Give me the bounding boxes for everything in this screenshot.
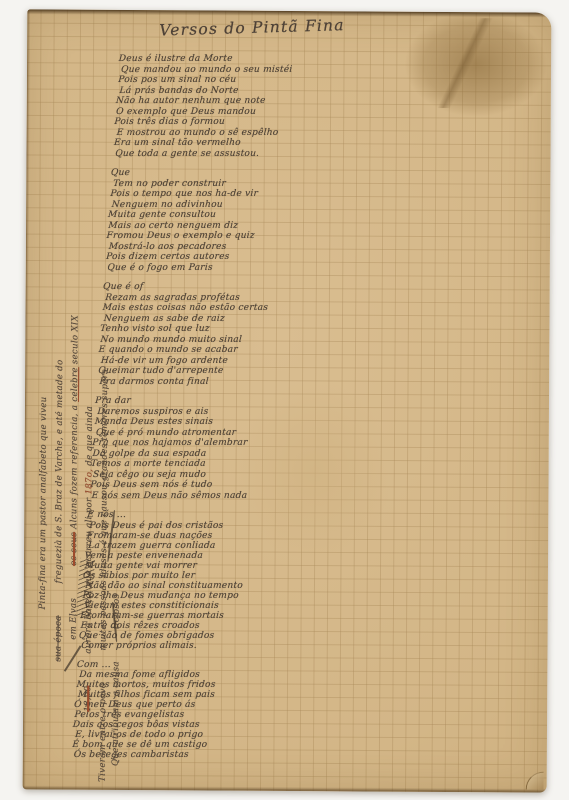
stanza-opener: Que [111, 168, 286, 179]
poem-line: Pra darmos conta final [99, 376, 271, 387]
poem-line: Poz-lhe Deus mudança no tempo [82, 590, 256, 600]
poem-line: Pois pos um sinal no céu [118, 75, 292, 86]
stanza-opener: Que é of [103, 282, 278, 293]
poem-line: É bom que se dê um castigo [72, 740, 246, 750]
poem-line: Pois Deus é pai dos cristãos [89, 520, 261, 530]
stanza-1: Deus é ilustre da Morte Que mandou ao mu… [112, 54, 294, 159]
poem-line: Pra que nos hajamos d'alembrar [92, 438, 267, 449]
margin-note-line: sua época freguezià de S. Braz de Varche… [53, 360, 65, 662]
poem-line: Que toda a gente se assustou. [115, 148, 287, 159]
poem-line: Que é pró mundo atromentar [96, 427, 268, 438]
poem-line: Pois dizem certos autores [106, 252, 280, 263]
poem-line: Manda Deus estes sinais [94, 417, 268, 428]
poem-line: Tem no poder construir [113, 178, 285, 189]
stanza-4: Pra dar Daremos suspiros e ais Manda Deu… [88, 396, 270, 501]
page-corner-fold [526, 771, 544, 789]
poem-line: O exemplo que Deus mandou [116, 106, 290, 117]
poem-line: Não ha autor nenhum que note [115, 96, 290, 107]
poem-line: La trazem guerra conliada [88, 540, 260, 550]
poem-line: Temos a morte tenciada [90, 459, 265, 470]
poem-line: Pelos três evangelistas [74, 710, 248, 720]
poem-line: Que mandou ao mundo o seu mistéi [121, 64, 293, 75]
poem-line: Pois Deus sem nós é tudo [90, 480, 264, 491]
poem-line: Fromaram-se guerras mortais [80, 610, 255, 620]
poem-line: Deus é ilustre da Morte [118, 54, 293, 65]
poem-title: Versos do Pintã Fina [159, 16, 345, 39]
poem-line: Que é o fogo em Paris [107, 262, 279, 273]
poem-line: Muitos mortos, muitos fridos [76, 680, 250, 690]
poem-line: Ós bereges cambaristas [73, 750, 245, 760]
manuscript-paper: Versos do Pintã Fina Deus é ilustre da M… [23, 9, 552, 792]
poem-line: E mostrou ao mundo o sê espêlho [116, 127, 288, 138]
poem-line: Fromaram-se duas nações [87, 530, 261, 540]
poem-line: Vieram estes constiticionais [84, 600, 256, 610]
poem-line: E quando o mundo se acabar [98, 345, 273, 356]
poem-line: Pois o tempo que nos ha-de vir [110, 189, 284, 200]
stanza-6: Com ... Da mesma fome afligidos Muitos m… [70, 659, 251, 760]
margin-note-text: em Elvas [69, 598, 79, 640]
poem-line: Vem a peste envenenada [84, 550, 259, 560]
poem-line: Nenguem as sabe de raiz [103, 313, 275, 324]
stanza-opener: Pra dar [95, 396, 270, 407]
poem-line: Mostrá-lo aos pecadores [108, 241, 280, 252]
stanza-3: Que é of Rezam as sagradas profétas Mais… [96, 282, 278, 387]
margin-note-struck-text: os seus [69, 532, 79, 566]
poem-line: Nenguem no adivinhou [111, 199, 283, 210]
poem-line: Da mesma fome afligidos [79, 670, 251, 680]
poem-line: Comer próprios alimais. [81, 640, 253, 650]
paper-edge [23, 9, 31, 789]
paper-crease [391, 18, 542, 109]
poem-line: No mundo mundo muito sinal [100, 334, 274, 345]
paper-edge [23, 785, 547, 792]
margin-note-text: seculo XIX [70, 315, 80, 364]
poem-line: Daremos suspiros e ais [97, 406, 269, 417]
stanza-opener: Com ... [77, 659, 252, 670]
poem-line: Não dão ao sinal constituamento [85, 580, 257, 590]
poem-line: Dais aos cegos bôas vistas [72, 720, 247, 730]
poem-line: Pois três dias o formou [114, 117, 289, 128]
poem-line: Fromou Deus o exemplo e quiz [106, 231, 281, 242]
margin-note-struck-text: sua época [53, 615, 63, 661]
margin-note-underlined-text: celebre [70, 367, 80, 402]
scanned-manuscript-page: Versos do Pintã Fina Deus é ilustre da M… [0, 0, 569, 800]
stanza-2: Que Tem no poder construir Pois o tempo … [104, 168, 286, 273]
paper-edge [27, 9, 551, 17]
poem-line: Tenho visto sol que luz [100, 324, 275, 335]
stanza-5: E nós ... Pois Deus é pai dos cristãos F… [78, 510, 262, 651]
margin-note-line: Pinta-fina era um pastor analfabeto que … [38, 396, 49, 609]
poem-line: Seja cêgo ou seja mudo [93, 469, 265, 480]
poem-line: E nós sem Deus não sêmos nada [91, 490, 263, 501]
stanza-opener: E nós ... [87, 510, 262, 521]
poem-line: Muita gente consultou [108, 210, 283, 221]
poem-body: Deus é ilustre da Morte Que mandou ao mu… [70, 54, 294, 769]
poem-line: Mais estas coisas não estão certas [102, 303, 276, 314]
poem-line: Muita gente vai morrer [84, 560, 258, 570]
poem-line: Entre dois rêzes croados [80, 620, 254, 630]
poem-line: Do golpe da sua espada [92, 448, 266, 459]
poem-line: Mais ao certo nenguem diz [108, 220, 282, 231]
poem-line: Lá prás bandas do Norte [119, 85, 291, 96]
poem-line: Ó meu Deus que perto ás [74, 700, 249, 710]
poem-line: Queimar tudo d'arrepente [98, 366, 272, 377]
poem-line: Que são de fomes obrigados [79, 630, 254, 640]
margin-note-line: em Elvas os seus Alcuns fozem referencia… [69, 315, 81, 640]
poem-line: Os sábios por muito ler [83, 570, 258, 580]
poem-line: Era um sinal tão vermelho [114, 138, 288, 149]
poem-line: Há-de vir um fogo ardente [101, 355, 273, 366]
margin-note-text: Alcuns fozem referencia, a [69, 405, 80, 529]
poem-line: Muitos filhos ficam sem pais [78, 690, 250, 700]
poem-line: E, livrai-os de todo o prigo [75, 730, 247, 740]
poem-line: Rezam as sagradas profétas [105, 292, 277, 303]
margin-note-text: freguezià de S. Braz de Varche, e até me… [54, 360, 65, 584]
margin-note-text: Pinta-fina era um pastor analfabeto que … [38, 396, 49, 609]
